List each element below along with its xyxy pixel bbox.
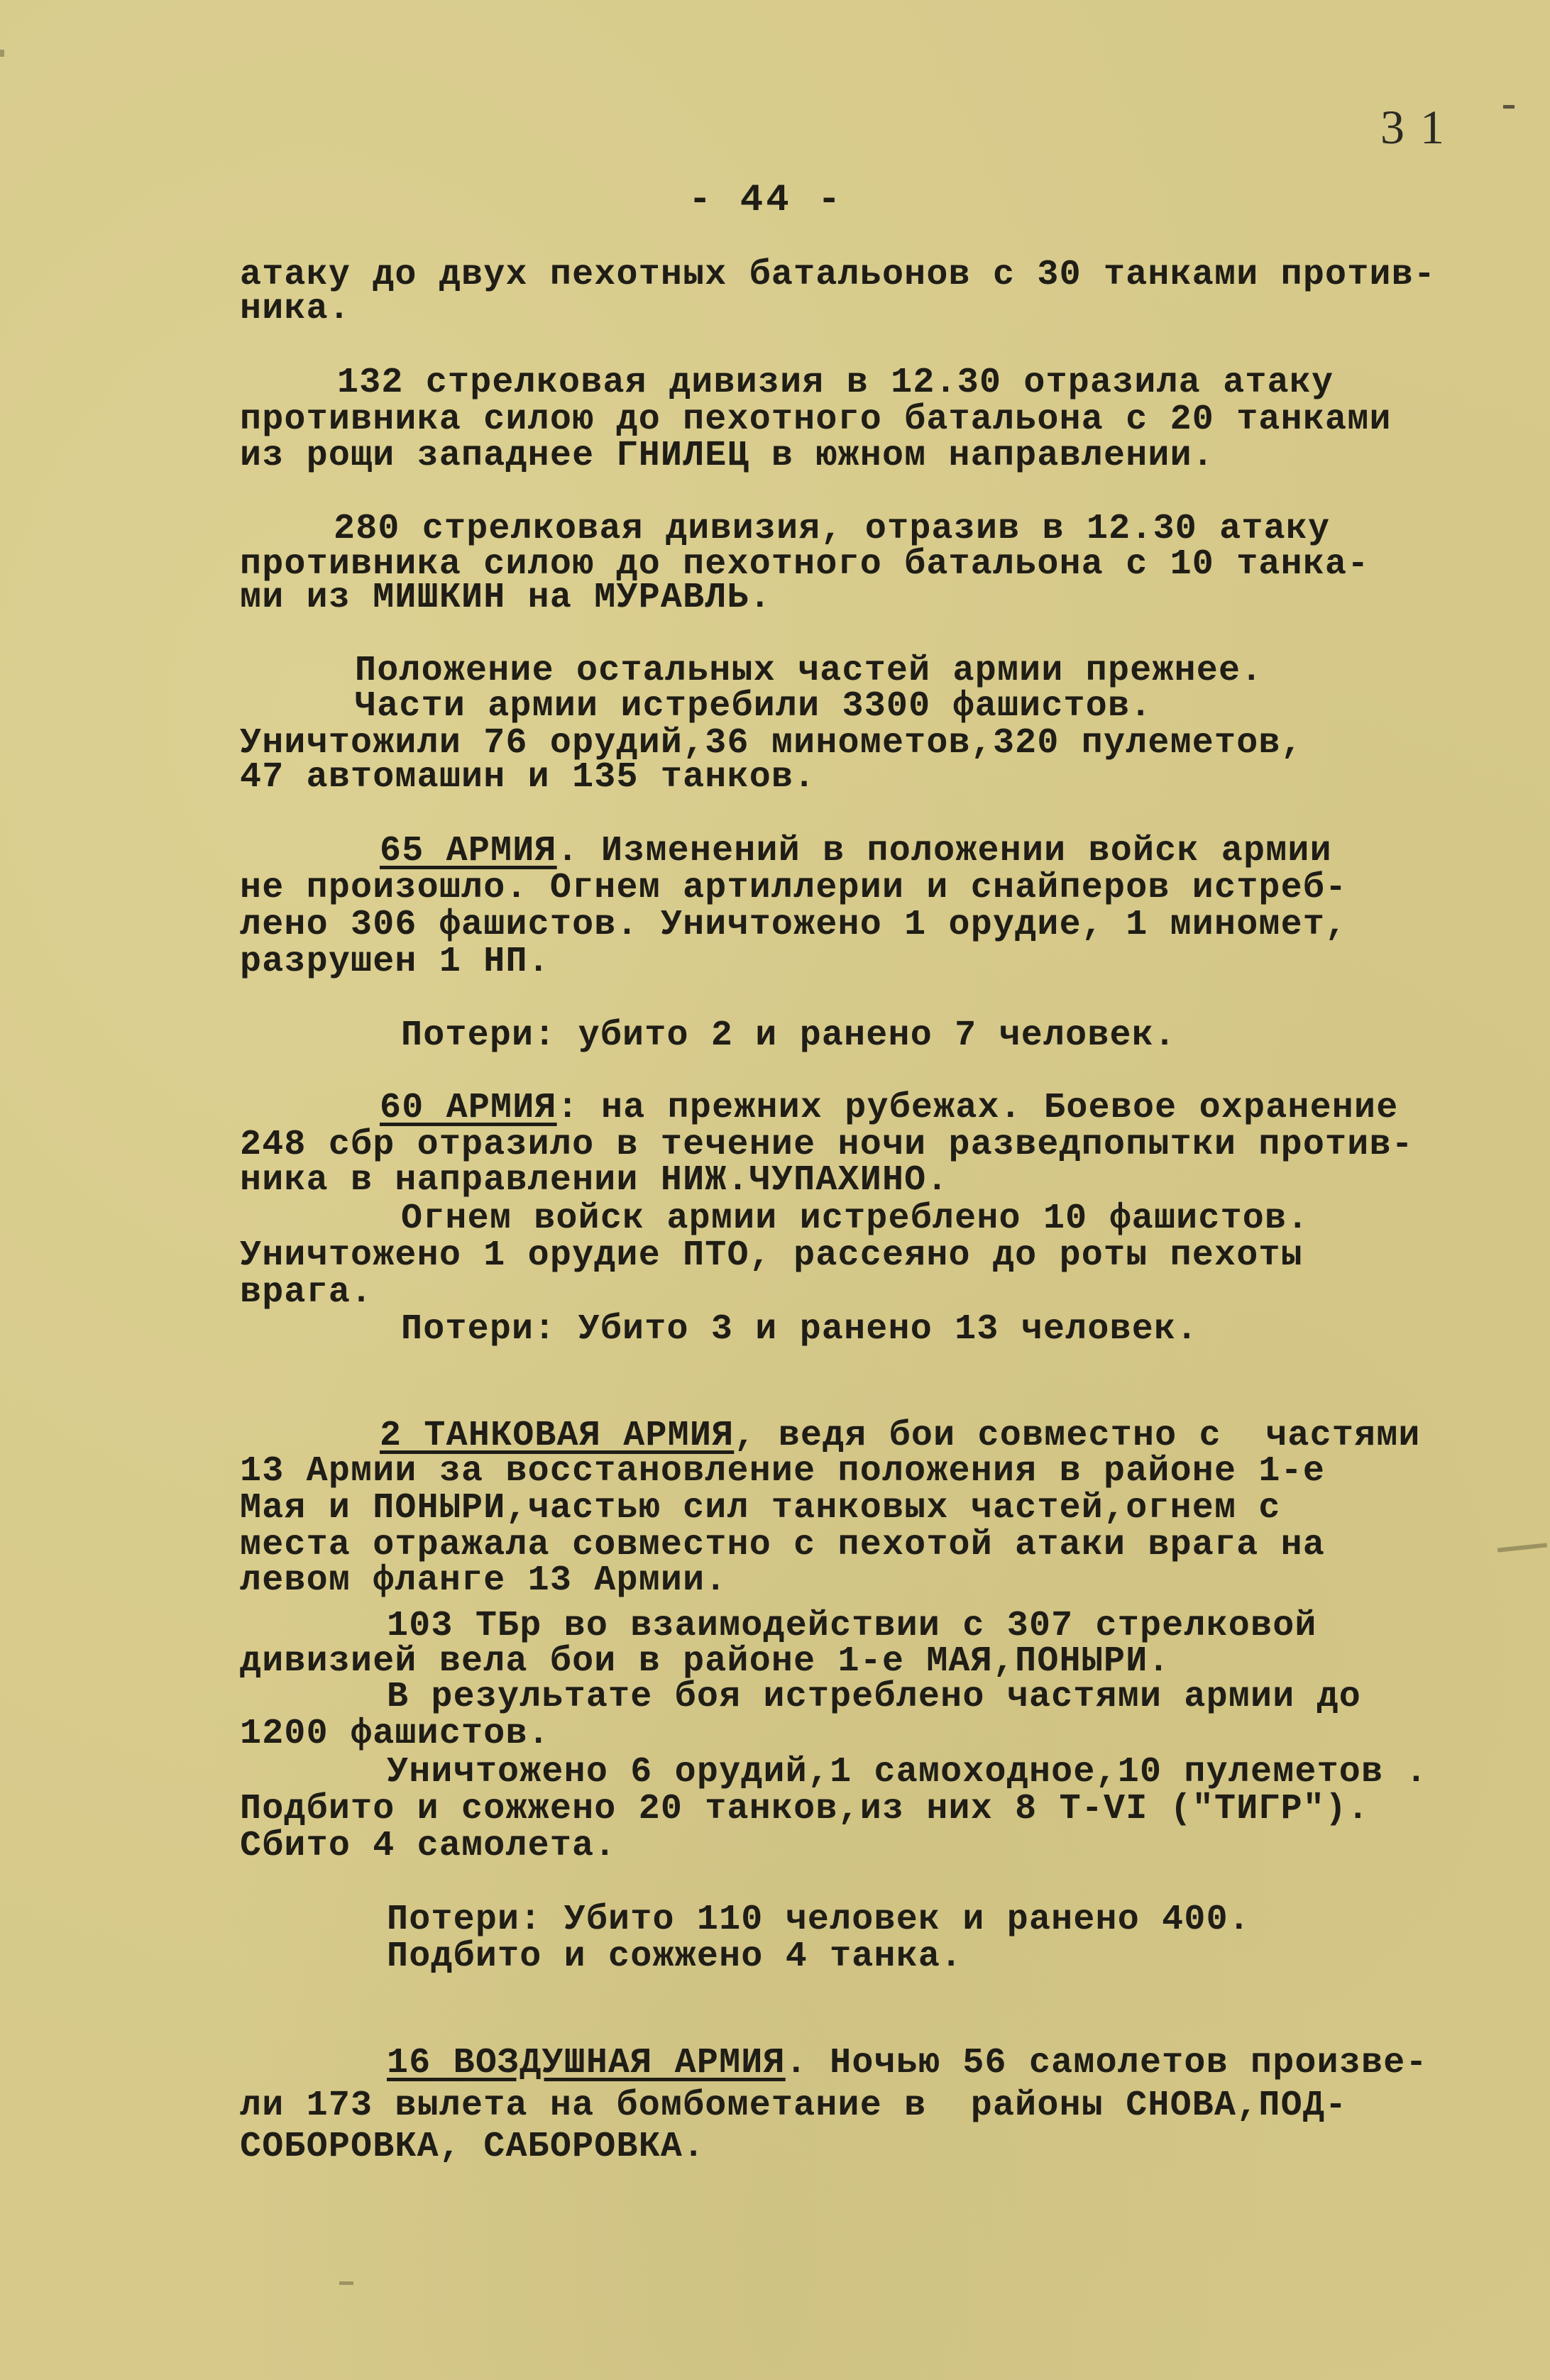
losses-line: Подбито и сожжено 4 танка.: [387, 1937, 962, 1977]
text-line: ника в направлении НИЖ.ЧУПАХИНО.: [240, 1161, 949, 1201]
paper-mark: [1497, 1543, 1547, 1552]
text-line: ника.: [240, 290, 351, 329]
losses-line: Потери: Убито 3 и ранено 13 человек.: [401, 1310, 1198, 1350]
text-line: СОБОРОВКА, САБОРОВКА.: [240, 2127, 705, 2167]
text-line: 132 стрелковая дивизия в 12.30 отразила …: [337, 363, 1334, 403]
text-line: Уничтожено 6 орудий,1 самоходное,10 пуле…: [387, 1753, 1428, 1792]
text-line: 248 сбр отразило в течение ночи разведпо…: [240, 1125, 1414, 1165]
text-line: ли 173 вылета на бомбометание в районы С…: [240, 2086, 1347, 2126]
text-line: 47 автомашин и 135 танков.: [240, 758, 815, 798]
text-line: дивизией вела бои в районе 1-е МАЯ,ПОНЫР…: [240, 1642, 1170, 1682]
tank-army-2-heading: 2 ТАНКОВАЯ АРМИЯ: [380, 1416, 734, 1456]
text-line: противника силою до пехотного батальона …: [240, 400, 1392, 440]
text-line: Части армии истребили 3300 фашистов.: [355, 687, 1152, 727]
document-page: 31 - 44 - атаку до двух пехотных батальо…: [0, 0, 1550, 2380]
text-line: из рощи западнее ГНИЛЕЦ в южном направле…: [240, 436, 1214, 476]
text-line: 13 Армии за восстановление положения в р…: [240, 1452, 1325, 1492]
text-line: 280 стрелковая дивизия, отразив в 12.30 …: [334, 509, 1330, 549]
text-line: ми из МИШКИН на МУРАВЛЬ.: [240, 578, 771, 618]
air-army-16-heading: 16 ВОЗДУШНАЯ АРМИЯ: [387, 2043, 786, 2083]
text-line: атаку до двух пехотных батальонов с 30 т…: [240, 255, 1436, 295]
text-line: лено 306 фашистов. Уничтожено 1 орудие, …: [240, 905, 1347, 945]
archive-sheet-number: 31: [1380, 99, 1460, 155]
paper-mark: [0, 50, 4, 57]
army-60-line: 60 АРМИЯ: на прежних рубежах. Боевое охр…: [380, 1089, 1398, 1128]
paper-mark: [339, 2281, 353, 2285]
text-line: не произошло. Огнем артиллерии и снайпер…: [240, 869, 1347, 908]
text-line: разрушен 1 НП.: [240, 942, 550, 982]
text-line: 1200 фашистов.: [240, 1714, 550, 1754]
army-65-heading: 65 АРМИЯ: [380, 831, 557, 871]
army-65-line: 65 АРМИЯ. Изменений в положении войск ар…: [380, 832, 1332, 871]
text-line: левом фланге 13 Армии.: [240, 1561, 727, 1601]
text-line: Мая и ПОНЫРИ,частью сил танковых частей,…: [240, 1489, 1281, 1528]
text-line: Уничтожено 1 орудие ПТО, рассеяно до рот…: [240, 1236, 1303, 1276]
text-line: места отражала совместно с пехотой атаки…: [240, 1526, 1325, 1565]
losses-line: Потери: убито 2 и ранено 7 человек.: [401, 1016, 1176, 1056]
page-number: - 44 -: [688, 179, 843, 222]
army-60-heading: 60 АРМИЯ: [380, 1088, 557, 1128]
text-line: Сбито 4 самолета.: [240, 1827, 616, 1866]
text-line: В результате боя истреблено частями арми…: [387, 1677, 1361, 1717]
text-line: Подбито и сожжено 20 танков,из них 8 Т-V…: [240, 1790, 1369, 1829]
air-army-16-line: 16 ВОЗДУШНАЯ АРМИЯ. Ночью 56 самолетов п…: [387, 2044, 1428, 2083]
tank-army-2-line: 2 ТАНКОВАЯ АРМИЯ, ведя бои совместно с ч…: [380, 1416, 1421, 1456]
archive-mark: [1503, 105, 1515, 109]
text-line: 103 ТБр во взаимодействии с 307 стрелков…: [387, 1607, 1317, 1646]
text-line: врага.: [240, 1273, 373, 1313]
losses-line: Потери: Убито 110 человек и ранено 400.: [387, 1900, 1251, 1940]
text-line: Положение остальных частей армии прежнее…: [355, 651, 1263, 691]
text-line: Огнем войск армии истреблено 10 фашистов…: [401, 1199, 1309, 1239]
